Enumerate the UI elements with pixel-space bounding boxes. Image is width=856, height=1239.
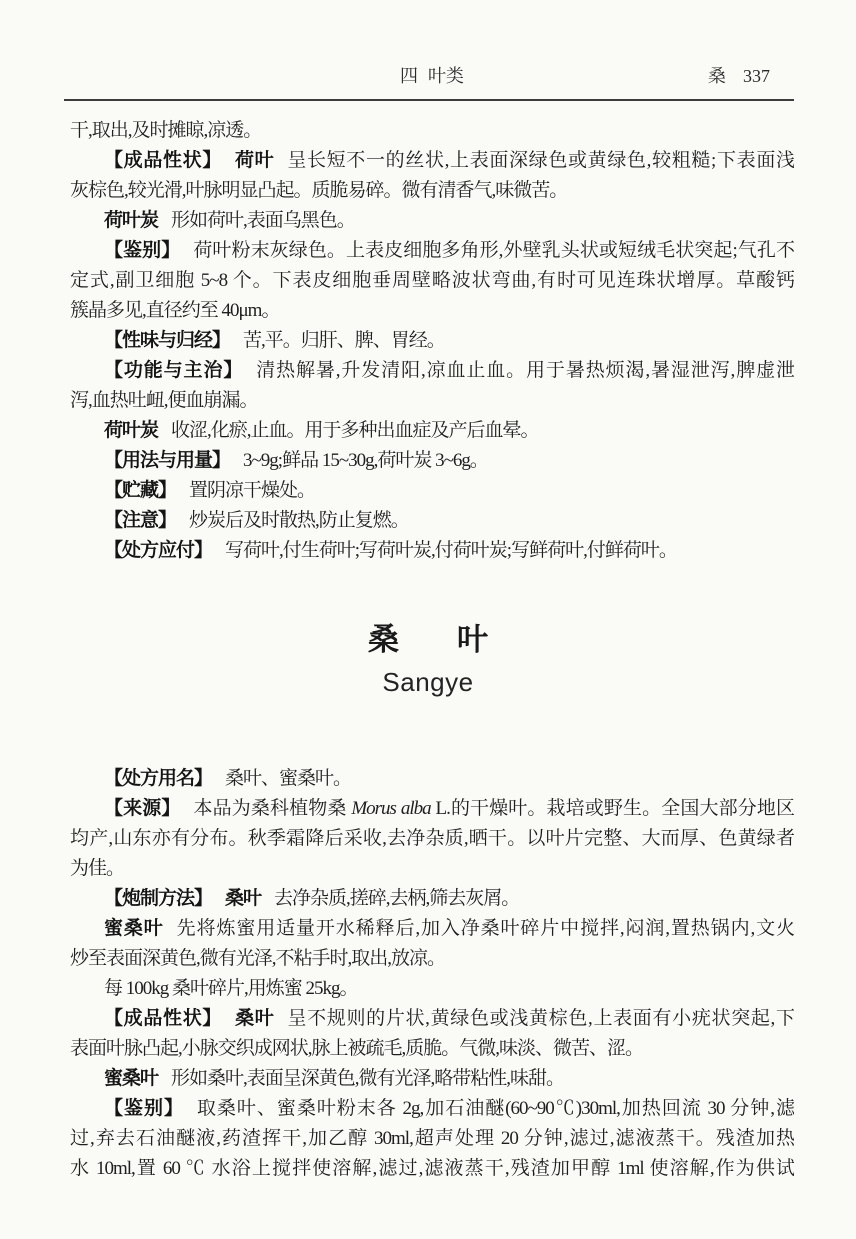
header-rule (64, 99, 794, 101)
text-run: 3~9g;鲜品 15~30g,荷叶炭 3~6g。 (243, 450, 488, 471)
drug-title-char: 叶 (457, 622, 488, 657)
sub-label: 桑叶 (225, 888, 261, 909)
text-run: 形如桑叶,表面呈深黄色,微有光泽,略带粘性,味甜。 (171, 1068, 564, 1089)
text-run: 表面叶脉凸起,小脉交织成网状,脉上被疏毛,质脆。气微,味淡、微苦、涩。 (70, 1038, 643, 1059)
text-line: 【炮制方法】桑叶去净杂质,搓碎,去柄,筛去灰屑。 (70, 884, 794, 914)
text-run: 形如荷叶,表面乌黑色。 (171, 210, 355, 231)
section-label: 【成品性状】 (104, 150, 222, 171)
section-label: 【贮藏】 (104, 480, 176, 501)
text-line: 【贮藏】置阴凉干燥处。 (70, 476, 794, 506)
text-line: 【鉴别】荷叶粉末灰绿色。上表皮细胞多角形,外壁乳头状或短绒毛状突起;气孔不 (70, 236, 794, 266)
text-run: 呈长短不一的丝状,上表面深绿色或黄绿色,较粗糙;下表面浅 (287, 150, 794, 171)
text-line: 【功能与主治】清热解暑,升发清阳,凉血止血。用于暑热烦渴,暑湿泄泻,脾虚泄 (70, 356, 794, 386)
text-run: 均产,山东亦有分布。秋季霜降后采收,去净杂质,晒干。以叶片完整、大而厚、色黄绿者 (70, 828, 794, 849)
text-line: 蜜桑叶先将炼蜜用适量开水稀释后,加入净桑叶碎片中搅拌,闷润,置热锅内,文火 (70, 914, 794, 944)
sub-label: 蜜桑叶 (104, 918, 164, 939)
text-line: 荷叶炭收涩,化瘀,止血。用于多种出血症及产后血晕。 (70, 416, 794, 446)
section-label: 【性味与归经】 (104, 330, 230, 351)
section-label: 【成品性状】 (104, 1008, 222, 1029)
section-label: 【注意】 (104, 510, 176, 531)
drug-title-char: 桑 (368, 622, 399, 657)
text-run: 炒至表面深黄色,微有光泽,不粘手时,取出,放凉。 (70, 948, 445, 969)
text-line: 炒至表面深黄色,微有光泽,不粘手时,取出,放凉。 (70, 944, 794, 974)
text-line: 【成品性状】荷叶呈长短不一的丝状,上表面深绿色或黄绿色,较粗糙;下表面浅 (70, 146, 794, 176)
page-header: 四叶类 桑337 (70, 62, 794, 88)
text-line: 【来源】本品为桑科植物桑 Morus alba L.的干燥叶。栽培或野生。全国大… (70, 794, 794, 824)
text-line: 均产,山东亦有分布。秋季霜降后采收,去净杂质,晒干。以叶片完整、大而厚、色黄绿者 (70, 824, 794, 854)
sangye-text-block: 【处方用名】桑叶、蜜桑叶。【来源】本品为桑科植物桑 Morus alba L.的… (70, 764, 794, 1184)
page-number: 337 (743, 66, 770, 86)
text-run: 桑叶、蜜桑叶。 (225, 768, 351, 789)
text-run: 炒炭后及时散热,防止复燃。 (189, 510, 409, 531)
text-run: 苦,平。归肝、脾、胃经。 (243, 330, 445, 351)
text-run: 定式,副卫细胞 5~8 个。下表皮细胞垂周壁略波状弯曲,有时可见连珠状增厚。草酸… (70, 270, 794, 291)
book-page: 四叶类 桑337 干,取出,及时摊晾,凉透。【成品性状】荷叶呈长短不一的丝状,上… (0, 0, 856, 1239)
latin-binomial: Morus alba (351, 798, 430, 819)
section-label: 【处方应付】 (104, 540, 212, 561)
text-run: 收涩,化瘀,止血。用于多种出血症及产后血晕。 (171, 420, 539, 441)
text-run: 去净杂质,搓碎,去柄,筛去灰屑。 (274, 888, 519, 909)
sub-label: 荷叶炭 (104, 210, 158, 231)
header-running-head: 桑337 (708, 62, 770, 88)
text-line: 荷叶炭形如荷叶,表面乌黑色。 (70, 206, 794, 236)
text-run: 本品为桑科植物桑 (193, 798, 351, 819)
text-line: 【鉴别】取桑叶、蜜桑叶粉末各 2g,加石油醚(60~90℃)30ml,加热回流 … (70, 1094, 794, 1124)
text-run: L.的干燥叶。栽培或野生。全国大部分地区 (431, 798, 794, 819)
text-line: 过,弃去石油醚液,药渣挥干,加乙醇 30ml,超声处理 20 分钟,滤过,滤液蒸… (70, 1124, 794, 1154)
text-run: 灰棕色,较光滑,叶脉明显凸起。质脆易碎。微有清香气,味微苦。 (70, 180, 567, 201)
text-line: 【性味与归经】苦,平。归肝、脾、胃经。 (70, 326, 794, 356)
sub-label: 蜜桑叶 (104, 1068, 158, 1089)
text-line: 【注意】炒炭后及时散热,防止复燃。 (70, 506, 794, 536)
section-label: 【来源】 (104, 798, 180, 819)
header-section-title: 四叶类 (70, 62, 794, 88)
section-label: 【炮制方法】 (104, 888, 212, 909)
sub-label: 荷叶炭 (104, 420, 158, 441)
text-run: 过,弃去石油醚液,药渣挥干,加乙醇 30ml,超声处理 20 分钟,滤过,滤液蒸… (70, 1128, 794, 1149)
text-line: 干,取出,及时摊晾,凉透。 (70, 116, 794, 146)
section-label: 【鉴别】 (104, 1098, 184, 1119)
section-label: 【功能与主治】 (104, 360, 243, 381)
text-line: 【处方用名】桑叶、蜜桑叶。 (70, 764, 794, 794)
text-run: 呈不规则的片状,黄绿色或浅黄棕色,上表面有小疣状突起,下 (287, 1008, 794, 1029)
text-run: 荷叶粉末灰绿色。上表皮细胞多角形,外壁乳头状或短绒毛状突起;气孔不 (193, 240, 794, 261)
text-run: 清热解暑,升发清阳,凉血止血。用于暑热烦渴,暑湿泄泻,脾虚泄 (256, 360, 794, 381)
text-run: 簇晶多见,直径约至 40μm。 (70, 300, 279, 321)
text-line: 【用法与用量】3~9g;鲜品 15~30g,荷叶炭 3~6g。 (70, 446, 794, 476)
section-label: 【处方用名】 (104, 768, 212, 789)
text-run: 泻,血热吐衄,便血崩漏。 (70, 390, 258, 411)
section-name: 叶类 (428, 66, 464, 86)
sub-label: 桑叶 (235, 1008, 274, 1029)
text-line: 为佳。 (70, 854, 794, 884)
drug-title-pinyin: Sangye (0, 667, 856, 697)
text-line: 簇晶多见,直径约至 40μm。 (70, 296, 794, 326)
text-run: 取桑叶、蜜桑叶粉末各 2g,加石油醚(60~90℃)30ml,加热回流 30 分… (197, 1098, 794, 1119)
text-run: 水 10ml,置 60 ℃ 水浴上搅拌使溶解,滤过,滤液蒸干,残渣加甲醇 1ml… (70, 1158, 794, 1179)
heye-text-block: 干,取出,及时摊晾,凉透。【成品性状】荷叶呈长短不一的丝状,上表面深绿色或黄绿色… (70, 116, 794, 566)
text-run: 为佳。 (70, 858, 124, 879)
text-line: 水 10ml,置 60 ℃ 水浴上搅拌使溶解,滤过,滤液蒸干,残渣加甲醇 1ml… (70, 1154, 794, 1184)
section-number: 四 (400, 66, 418, 86)
text-line: 定式,副卫细胞 5~8 个。下表皮细胞垂周壁略波状弯曲,有时可见连珠状增厚。草酸… (70, 266, 794, 296)
text-line: 每 100kg 桑叶碎片,用炼蜜 25kg。 (70, 974, 794, 1004)
text-line: 【成品性状】桑叶呈不规则的片状,黄绿色或浅黄棕色,上表面有小疣状突起,下 (70, 1004, 794, 1034)
text-line: 蜜桑叶形如桑叶,表面呈深黄色,微有光泽,略带粘性,味甜。 (70, 1064, 794, 1094)
text-line: 泻,血热吐衄,便血崩漏。 (70, 386, 794, 416)
drug-title: 桑叶 (0, 620, 856, 660)
section-label: 【鉴别】 (104, 240, 180, 261)
text-run: 干,取出,及时摊晾,凉透。 (70, 120, 261, 141)
section-label: 【用法与用量】 (104, 450, 230, 471)
text-run: 写荷叶,付生荷叶;写荷叶炭,付荷叶炭;写鲜荷叶,付鲜荷叶。 (225, 540, 677, 561)
text-run: 每 100kg 桑叶碎片,用炼蜜 25kg。 (104, 978, 358, 999)
text-line: 表面叶脉凸起,小脉交织成网状,脉上被疏毛,质脆。气微,味淡、微苦、涩。 (70, 1034, 794, 1064)
sub-label: 荷叶 (235, 150, 274, 171)
text-line: 灰棕色,较光滑,叶脉明显凸起。质脆易碎。微有清香气,味微苦。 (70, 176, 794, 206)
text-run: 置阴凉干燥处。 (189, 480, 315, 501)
text-line: 【处方应付】写荷叶,付生荷叶;写荷叶炭,付荷叶炭;写鲜荷叶,付鲜荷叶。 (70, 536, 794, 566)
text-run: 先将炼蜜用适量开水稀释后,加入净桑叶碎片中搅拌,闷润,置热锅内,文火 (177, 918, 794, 939)
running-head: 桑 (708, 66, 726, 86)
